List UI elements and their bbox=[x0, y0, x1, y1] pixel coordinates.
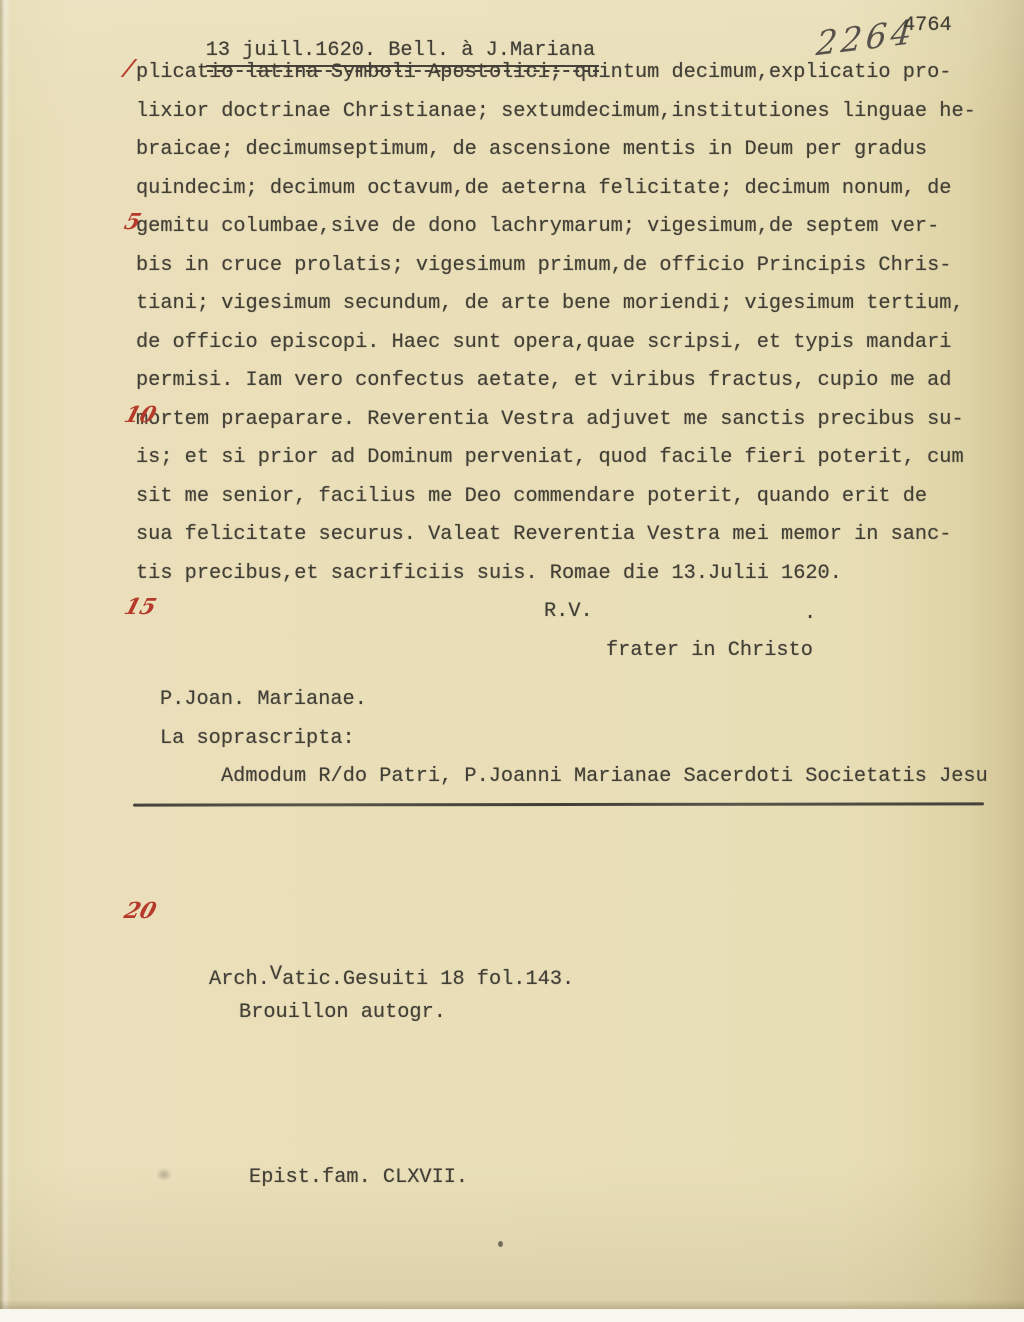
text-line: sit me senior, facilius me Deo commendar… bbox=[136, 478, 1016, 517]
line-text: braicae; decimumseptimum, de ascensione … bbox=[136, 138, 927, 161]
text-line: 10mortem praeparare. Reverentia Vestra a… bbox=[136, 401, 1016, 440]
line-text: is; et si prior ad Dominum perveniat, qu… bbox=[136, 446, 964, 469]
line-text: permisi. Iam vero confectus aetate, et v… bbox=[136, 369, 951, 392]
line-text: R.V. bbox=[544, 600, 593, 623]
archive-reference-raised-v: V bbox=[270, 963, 282, 986]
brouillon-note: Brouillon autogr. bbox=[239, 1001, 446, 1024]
text-line: 5gemitu columbae,sive de dono lachrymaru… bbox=[136, 208, 1016, 247]
line-text: plicatio latina Symboli Apostolici; quin… bbox=[136, 61, 951, 84]
text-line: Admodum R/do Patri, P.Joanni Marianae Sa… bbox=[136, 758, 1016, 797]
scanned-document-page: 13 juill.1620. Bell. à J.Mariana 2264 47… bbox=[0, 0, 1024, 1322]
line-text: tis precibus,et sacrificiis suis. Romae … bbox=[136, 562, 842, 585]
line-text: tiani; vigesimum secundum, de arte bene … bbox=[136, 292, 964, 315]
footer-epist-line: Epist.fam. CLXVII. bbox=[136, 1128, 574, 1260]
line-text: bis in cruce prolatis; vigesimum primum,… bbox=[136, 254, 951, 277]
dust-speck bbox=[498, 1241, 503, 1247]
text-line: P.Joan. Marianae. bbox=[136, 681, 1016, 720]
paper-left-edge bbox=[0, 0, 11, 1322]
text-line: La soprascripta: bbox=[136, 720, 1016, 759]
line-text: lixior doctrinae Christianae; sextumdeci… bbox=[136, 100, 976, 123]
text-line: is; et si prior ad Dominum perveniat, qu… bbox=[136, 439, 1016, 478]
text-line: braicae; decimumseptimum, de ascensione … bbox=[136, 131, 1016, 170]
line-text: de officio episcopi. Haec sunt opera,qua… bbox=[136, 331, 951, 354]
line-text: P.Joan. Marianae. bbox=[160, 688, 367, 711]
footer-archive-line: 20 Arch.Vatic.Gesuiti 18 fol.143. Brouil… bbox=[136, 897, 574, 1062]
line-text: mortem praeparare. Reverentia Vestra adj… bbox=[136, 408, 964, 431]
footer: 20 Arch.Vatic.Gesuiti 18 fol.143. Brouil… bbox=[136, 831, 574, 1322]
scan-bottom-strip bbox=[0, 1309, 1024, 1322]
ink-smudge bbox=[156, 1168, 172, 1181]
folio-number-typed: 4764 bbox=[903, 14, 952, 37]
text-line: sua felicitate securus. Valeat Reverenti… bbox=[136, 516, 1016, 555]
margin-line-number: / bbox=[122, 57, 136, 79]
stray-dot: . bbox=[804, 595, 816, 634]
archive-reference-rest: atic.Gesuiti 18 fol.143. bbox=[282, 968, 574, 991]
margin-line-number: 15 bbox=[122, 596, 159, 618]
text-line: 15R.V.. bbox=[136, 593, 1016, 632]
text-line: frater in Christo bbox=[136, 632, 1016, 671]
margin-line-number: 20 bbox=[122, 900, 159, 922]
line-text: sit me senior, facilius me Deo commendar… bbox=[136, 485, 927, 508]
archive-reference-prefix: Arch. bbox=[209, 968, 270, 991]
line-text: Admodum R/do Patri, P.Joanni Marianae Sa… bbox=[221, 765, 988, 788]
line-text: quindecim; decimum octavum,de aeterna fe… bbox=[136, 177, 951, 200]
line-text: frater in Christo bbox=[606, 639, 813, 662]
text-line: de officio episcopi. Haec sunt opera,qua… bbox=[136, 324, 1016, 363]
epist-reference: Epist.fam. CLXVII. bbox=[249, 1166, 468, 1189]
text-line: permisi. Iam vero confectus aetate, et v… bbox=[136, 362, 1016, 401]
text-line: quindecim; decimum octavum,de aeterna fe… bbox=[136, 170, 1016, 209]
text-line: bis in cruce prolatis; vigesimum primum,… bbox=[136, 247, 1016, 286]
text-line: lixior doctrinae Christianae; sextumdeci… bbox=[136, 93, 1016, 132]
line-text: sua felicitate securus. Valeat Reverenti… bbox=[136, 523, 951, 546]
separator-rule bbox=[133, 802, 984, 806]
text-line: /plicatio latina Symboli Apostolici; qui… bbox=[136, 54, 1016, 93]
body-lines: /plicatio latina Symboli Apostolici; qui… bbox=[136, 54, 1016, 797]
margin-line-number: 10 bbox=[122, 404, 159, 426]
text-line: tis precibus,et sacrificiis suis. Romae … bbox=[136, 555, 1016, 594]
line-text: gemitu columbae,sive de dono lachrymarum… bbox=[136, 215, 939, 238]
text-line: tiani; vigesimum secundum, de arte bene … bbox=[136, 285, 1016, 324]
line-text: La soprascripta: bbox=[160, 727, 355, 750]
